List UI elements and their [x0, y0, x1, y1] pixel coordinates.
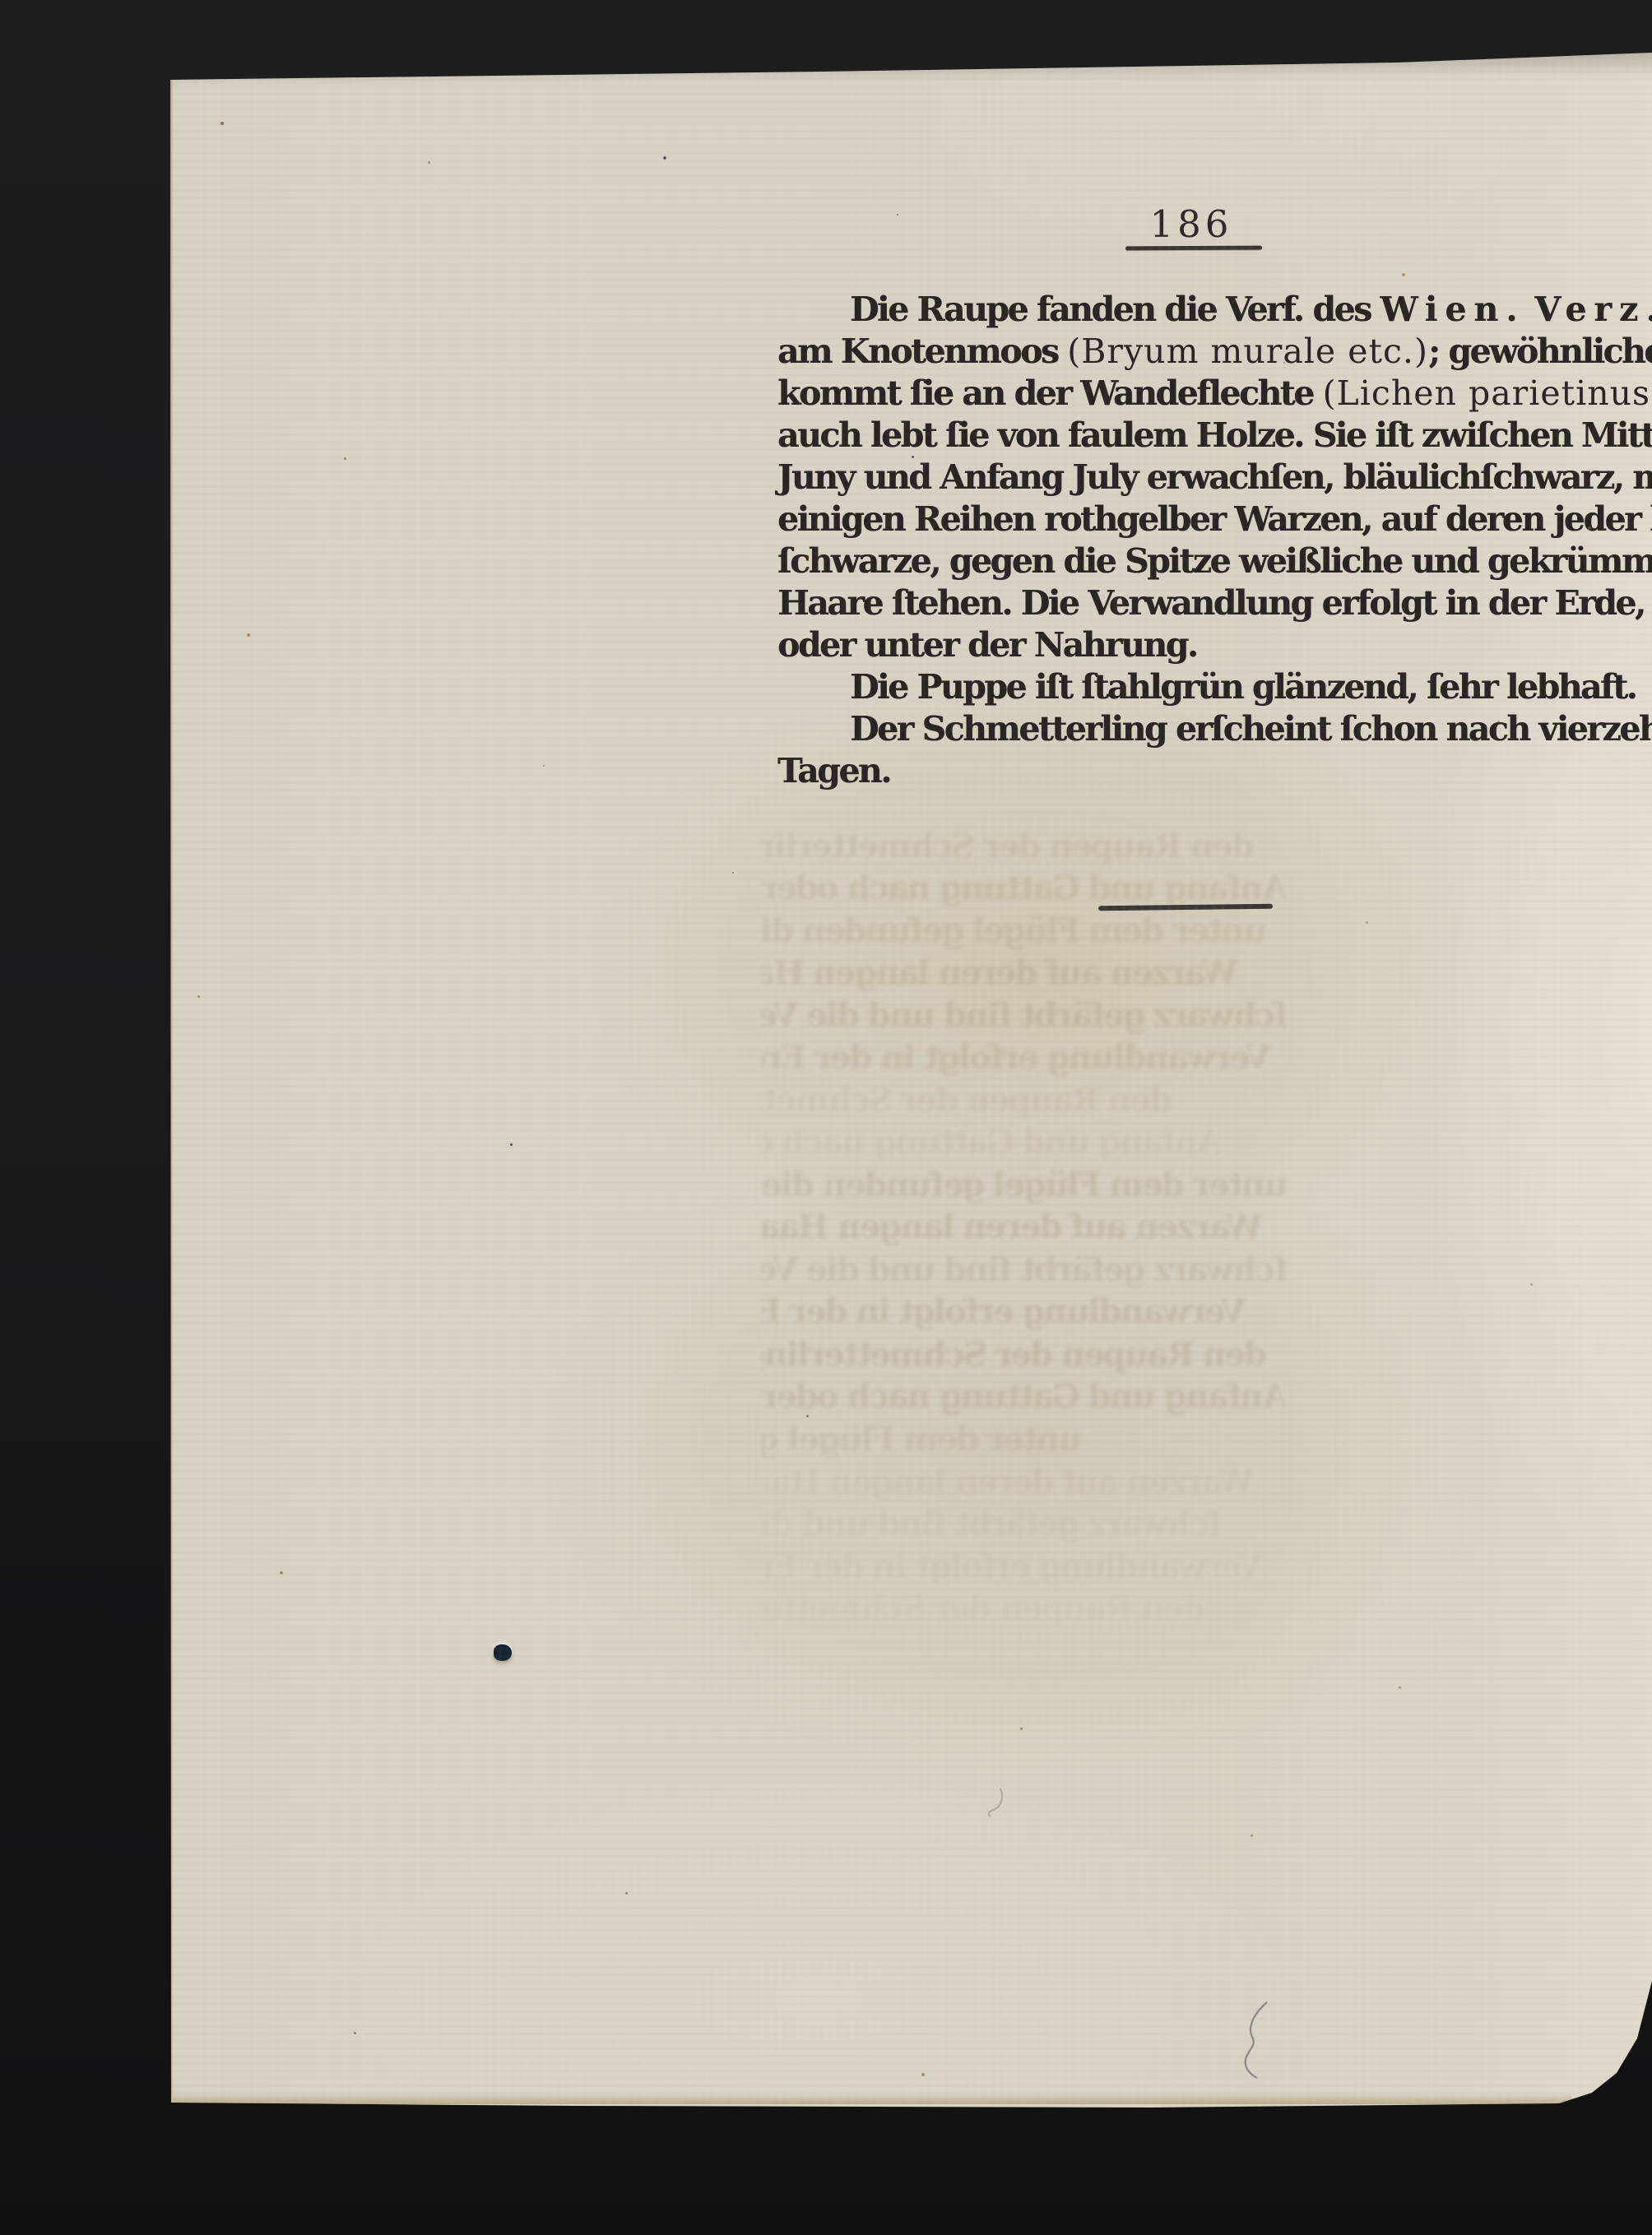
text-segment-fr: ; gewöhnlicher — [1428, 332, 1652, 371]
bleed-through-line: unter dem Flügel gefunden die Warzen auf… — [761, 911, 1267, 952]
paper-speckle — [897, 214, 898, 216]
text-line: Der Schmetterling erſcheint ſchon nach v… — [777, 708, 1605, 750]
paper-speckle — [247, 633, 250, 637]
text-segment-fr: Der Schmetterling erſcheint ſchon nach v… — [850, 709, 1652, 749]
text-segment-fr: Tagen. — [777, 751, 890, 791]
text-line: Tagen. — [777, 750, 1605, 792]
bleed-through-line: Verwandlung erfolgt in der Erde den Raup… — [761, 1546, 1263, 1588]
paper-speckle — [732, 872, 734, 874]
paper-sheet: den Raupen der Schmetterlinge bey Anfang… — [0, 0, 1652, 2235]
paper-speckle — [543, 765, 545, 767]
text-segment-fr: am Knotenmoos — [777, 332, 1067, 371]
paper-fiber-mark — [984, 1785, 1009, 1818]
text-segment-fr: Die Raupe fanden die Verf. des — [850, 290, 1380, 329]
text-segment-sp: Verz. — [1534, 290, 1652, 329]
text-segment-la: (Bryum murale etc.) — [1067, 332, 1428, 371]
text-line: ſchwarze, gegen die Spitze weißliche und… — [777, 540, 1605, 582]
paper-speckle — [220, 122, 224, 125]
bleed-through-line: ſchwarz gefärbt ſind und die Verwandlung… — [761, 1250, 1288, 1291]
section-separator-rule — [1098, 904, 1273, 911]
text-segment-fr: auch lebt ſie von faulem Holze. Sie iſt … — [777, 415, 1652, 455]
bleed-through-line: Anfang und Gattung nach oder unter dem F… — [761, 1122, 1222, 1163]
paper-speckle — [806, 1415, 809, 1417]
text-segment-sp: Wien. — [1380, 290, 1524, 329]
text-segment-la: (Lichen parietinus) — [1323, 373, 1652, 413]
text-line: kommt ſie an der Wandeflechte (Lichen pa… — [777, 373, 1605, 415]
text-line: auch lebt ſie von faulem Holze. Sie iſt … — [777, 415, 1605, 457]
text-line: Die Raupe fanden die Verf. des Wien. Ver… — [777, 289, 1605, 331]
bleed-through-line: den Raupen der Schmetterlinge bey Anfang… — [761, 826, 1255, 867]
text-segment-fr: kommt ſie an der Wandeflechte — [777, 373, 1323, 413]
bleed-through-line: den Raupen der Schmetterlinge bey Anfang… — [761, 1080, 1172, 1121]
paper-speckle — [1588, 526, 1591, 530]
text-line: einigen Reihen rothgelber Warzen, auf de… — [777, 498, 1605, 540]
bleed-through-line: Anfang und Gattung nach oder unter dem F… — [761, 868, 1288, 909]
scanned-book-page: { "document": { "page_number": "186", "p… — [0, 0, 1652, 2235]
bleed-through-line: den Raupen der Schmetterlinge bey Anfang… — [761, 1334, 1267, 1375]
text-segment-fr: Haare ſtehen. Die Verwandlung erfolgt in… — [777, 583, 1645, 623]
paper-bottom-edge — [173, 2093, 1571, 2104]
page-number-rule — [1125, 246, 1262, 251]
paper-speckle — [1283, 362, 1285, 364]
bleed-through-line: unter dem Flügel gefunden die Warzen auf… — [761, 1165, 1288, 1206]
paper-speckle — [1366, 921, 1368, 924]
paper-speckle — [280, 1571, 283, 1574]
paper-speckle — [1530, 1283, 1533, 1286]
bleed-through-line: Verwandlung erfolgt in der Erde den Raup… — [761, 1291, 1246, 1333]
text-segment-fr: Juny und Anfang July erwachſen, bläulich… — [777, 457, 1652, 497]
bleed-through-line: unter dem Flügel gefunden die Warzen auf… — [761, 1419, 1082, 1460]
bleed-through-line: Anfang und Gattung nach oder unter dem F… — [761, 1376, 1288, 1417]
text-line: Juny und Anfang July erwachſen, bläulich… — [777, 457, 1605, 498]
bleed-through-line: ſchwarz gefärbt ſind und die Verwandlung… — [761, 1504, 1222, 1545]
paper-speckle — [625, 1892, 628, 1894]
paper-speckle — [1402, 273, 1405, 276]
paper-speckle — [1251, 1834, 1253, 1837]
paper-left-edge — [170, 80, 174, 2103]
bleed-through-line: Warzen auf deren langen Haaren ſchwarz g… — [761, 1207, 1263, 1248]
text-line: Die Puppe iſt ſtahlgrün glänzend, ſehr l… — [777, 666, 1605, 708]
paper-speckle — [197, 995, 200, 998]
paper-speckle — [344, 457, 346, 460]
text-segment-fr: Die Puppe iſt ſtahlgrün glänzend, ſehr l… — [850, 667, 1636, 707]
paper-fiber-squiggle — [1239, 1999, 1280, 2081]
text-line: oder unter der Nahrung. — [777, 624, 1605, 666]
bleed-through-line: Verwandlung erfolgt in der Erde den Raup… — [761, 1037, 1271, 1078]
text-segment-fr: einigen Reihen rothgelber Warzen, auf de… — [777, 499, 1652, 539]
text-segment-fr: ſchwarze, gegen die Spitze weißliche und… — [777, 541, 1652, 581]
page-number: 186 — [1109, 202, 1274, 246]
paper-speckle — [912, 456, 914, 458]
paper-speckle — [1020, 1727, 1023, 1730]
text-line: am Knotenmoos (Bryum murale etc.); gewöh… — [777, 331, 1605, 373]
body-text-block: Die Raupe fanden die Verf. des Wien. Ver… — [777, 289, 1605, 792]
paper-speckle — [510, 1143, 513, 1146]
paper-speckle — [1399, 1686, 1401, 1689]
paper-speckle — [1497, 721, 1500, 723]
bleed-through-line: ſchwarz gefärbt ſind und die Verwandlung… — [761, 995, 1288, 1036]
paper-speckle — [354, 2032, 356, 2034]
paper-top-edge-shadow — [170, 53, 1652, 86]
paper-speckle — [921, 2073, 925, 2076]
text-segment-fr — [1525, 290, 1535, 329]
bleed-through-line: Warzen auf deren langen Haaren ſchwarz g… — [761, 1462, 1255, 1503]
verso-show-through: den Raupen der Schmetterlinge bey Anfang… — [761, 0, 1292, 2235]
text-segment-fr: oder unter der Nahrung. — [777, 625, 1197, 665]
ink-blot-hole — [494, 1644, 512, 1661]
bleed-through-line: Warzen auf deren langen Haaren ſchwarz g… — [761, 953, 1238, 994]
text-line: Haare ſtehen. Die Verwandlung erfolgt in… — [777, 582, 1605, 624]
paper-speckle — [663, 156, 666, 160]
bleed-through-line: den Raupen der Schmetterlinge bey Anfang… — [761, 1588, 1205, 1630]
paper-speckle — [428, 161, 430, 164]
